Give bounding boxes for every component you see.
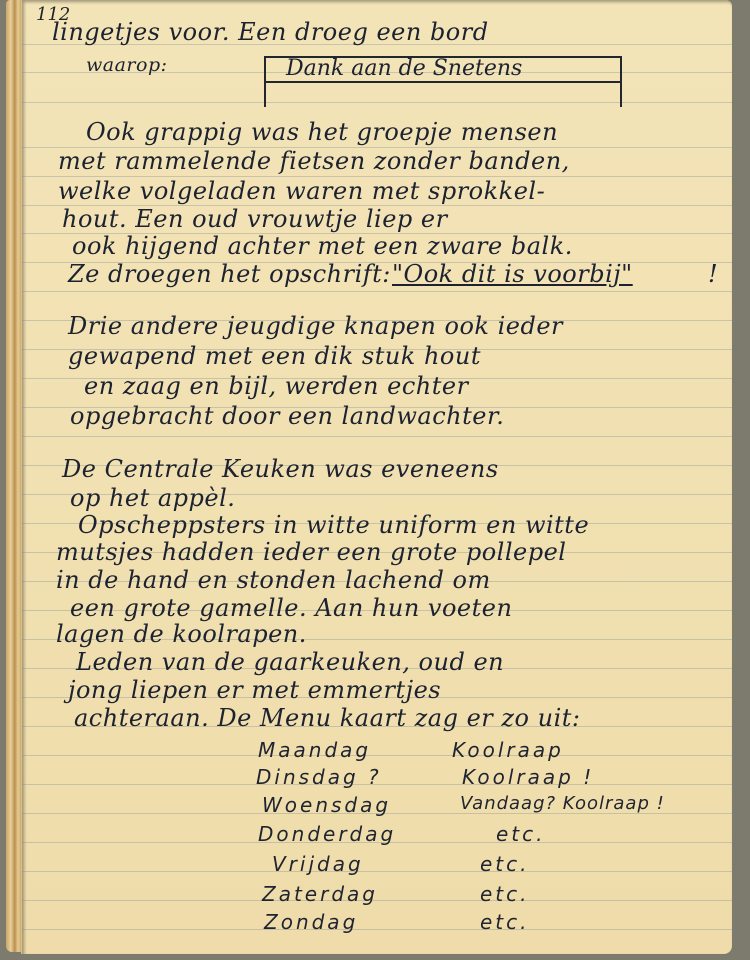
- menu-dish: etc.: [480, 852, 530, 876]
- exclamation: !: [708, 260, 718, 288]
- menu-day: Vrijdag: [272, 852, 364, 876]
- menu-day: Dinsdag ?: [256, 765, 382, 789]
- ruled-line: [22, 755, 732, 756]
- menu-day: Zondag: [264, 910, 358, 934]
- text-line: met rammelende fietsen zonder banden,: [58, 147, 570, 175]
- text-line: Leden van de gaarkeuken, oud en: [76, 648, 504, 676]
- menu-dish: Koolraap !: [462, 765, 594, 789]
- text-line: hout. Een oud vrouwtje liep er: [62, 205, 448, 233]
- menu-day: Woensdag: [262, 793, 391, 817]
- sign-post: [264, 81, 622, 107]
- ruled-line: [22, 929, 732, 930]
- text-line: welke volgeladen waren met sprokkel-: [58, 177, 545, 205]
- sign-text: Dank aan de Snetens: [286, 56, 522, 81]
- text-line: Opscheppsters in witte uniform en witte: [78, 511, 589, 539]
- menu-dish: Vandaag? Koolraap !: [460, 793, 665, 814]
- text-line: Drie andere jeugdige knapen ook ieder: [68, 312, 563, 340]
- text-line: en zaag en bijl, werden echter: [84, 372, 469, 400]
- text-line: opgebracht door een landwachter.: [70, 402, 504, 430]
- menu-day: Donderdag: [258, 822, 396, 846]
- ruled-line: [22, 436, 732, 437]
- menu-dish: etc.: [496, 822, 546, 846]
- ruled-line: [22, 291, 732, 292]
- text-line: achteraan. De Menu kaart zag er zo uit:: [74, 704, 581, 732]
- text-line: in de hand en stonden lachend om: [56, 566, 491, 594]
- text-line: Ook grappig was het groepje mensen: [86, 118, 558, 146]
- notebook-page-stack: [6, 0, 22, 952]
- menu-day: Zaterdag: [262, 882, 378, 906]
- ruled-line: [22, 871, 732, 872]
- text-line: mutsjes hadden ieder een grote pollepel: [56, 538, 566, 566]
- menu-dish: etc.: [480, 882, 530, 906]
- text-line: Ze droegen het opschrift:: [68, 260, 391, 288]
- text-line: jong liepen er met emmertjes: [68, 676, 441, 704]
- text-line: De Centrale Keuken was eveneens: [62, 455, 499, 483]
- text-line: lagen de koolrapen.: [56, 620, 307, 648]
- text-line: gewapend met een dik stuk hout: [68, 342, 481, 370]
- quoted-text: "Ook dit is voorbij": [392, 260, 633, 288]
- menu-day: Maandag: [258, 738, 371, 762]
- text-line: ook hijgend achter met een zware balk.: [72, 232, 573, 260]
- menu-dish: etc.: [480, 910, 530, 934]
- menu-dish: Koolraap: [452, 738, 564, 762]
- text-line: op het appèl.: [70, 484, 235, 512]
- text-line: waarop:: [86, 54, 168, 76]
- text-line: een grote gamelle. Aan hun voeten: [70, 594, 512, 622]
- text-line: lingetjes voor. Een droeg een bord: [52, 18, 489, 46]
